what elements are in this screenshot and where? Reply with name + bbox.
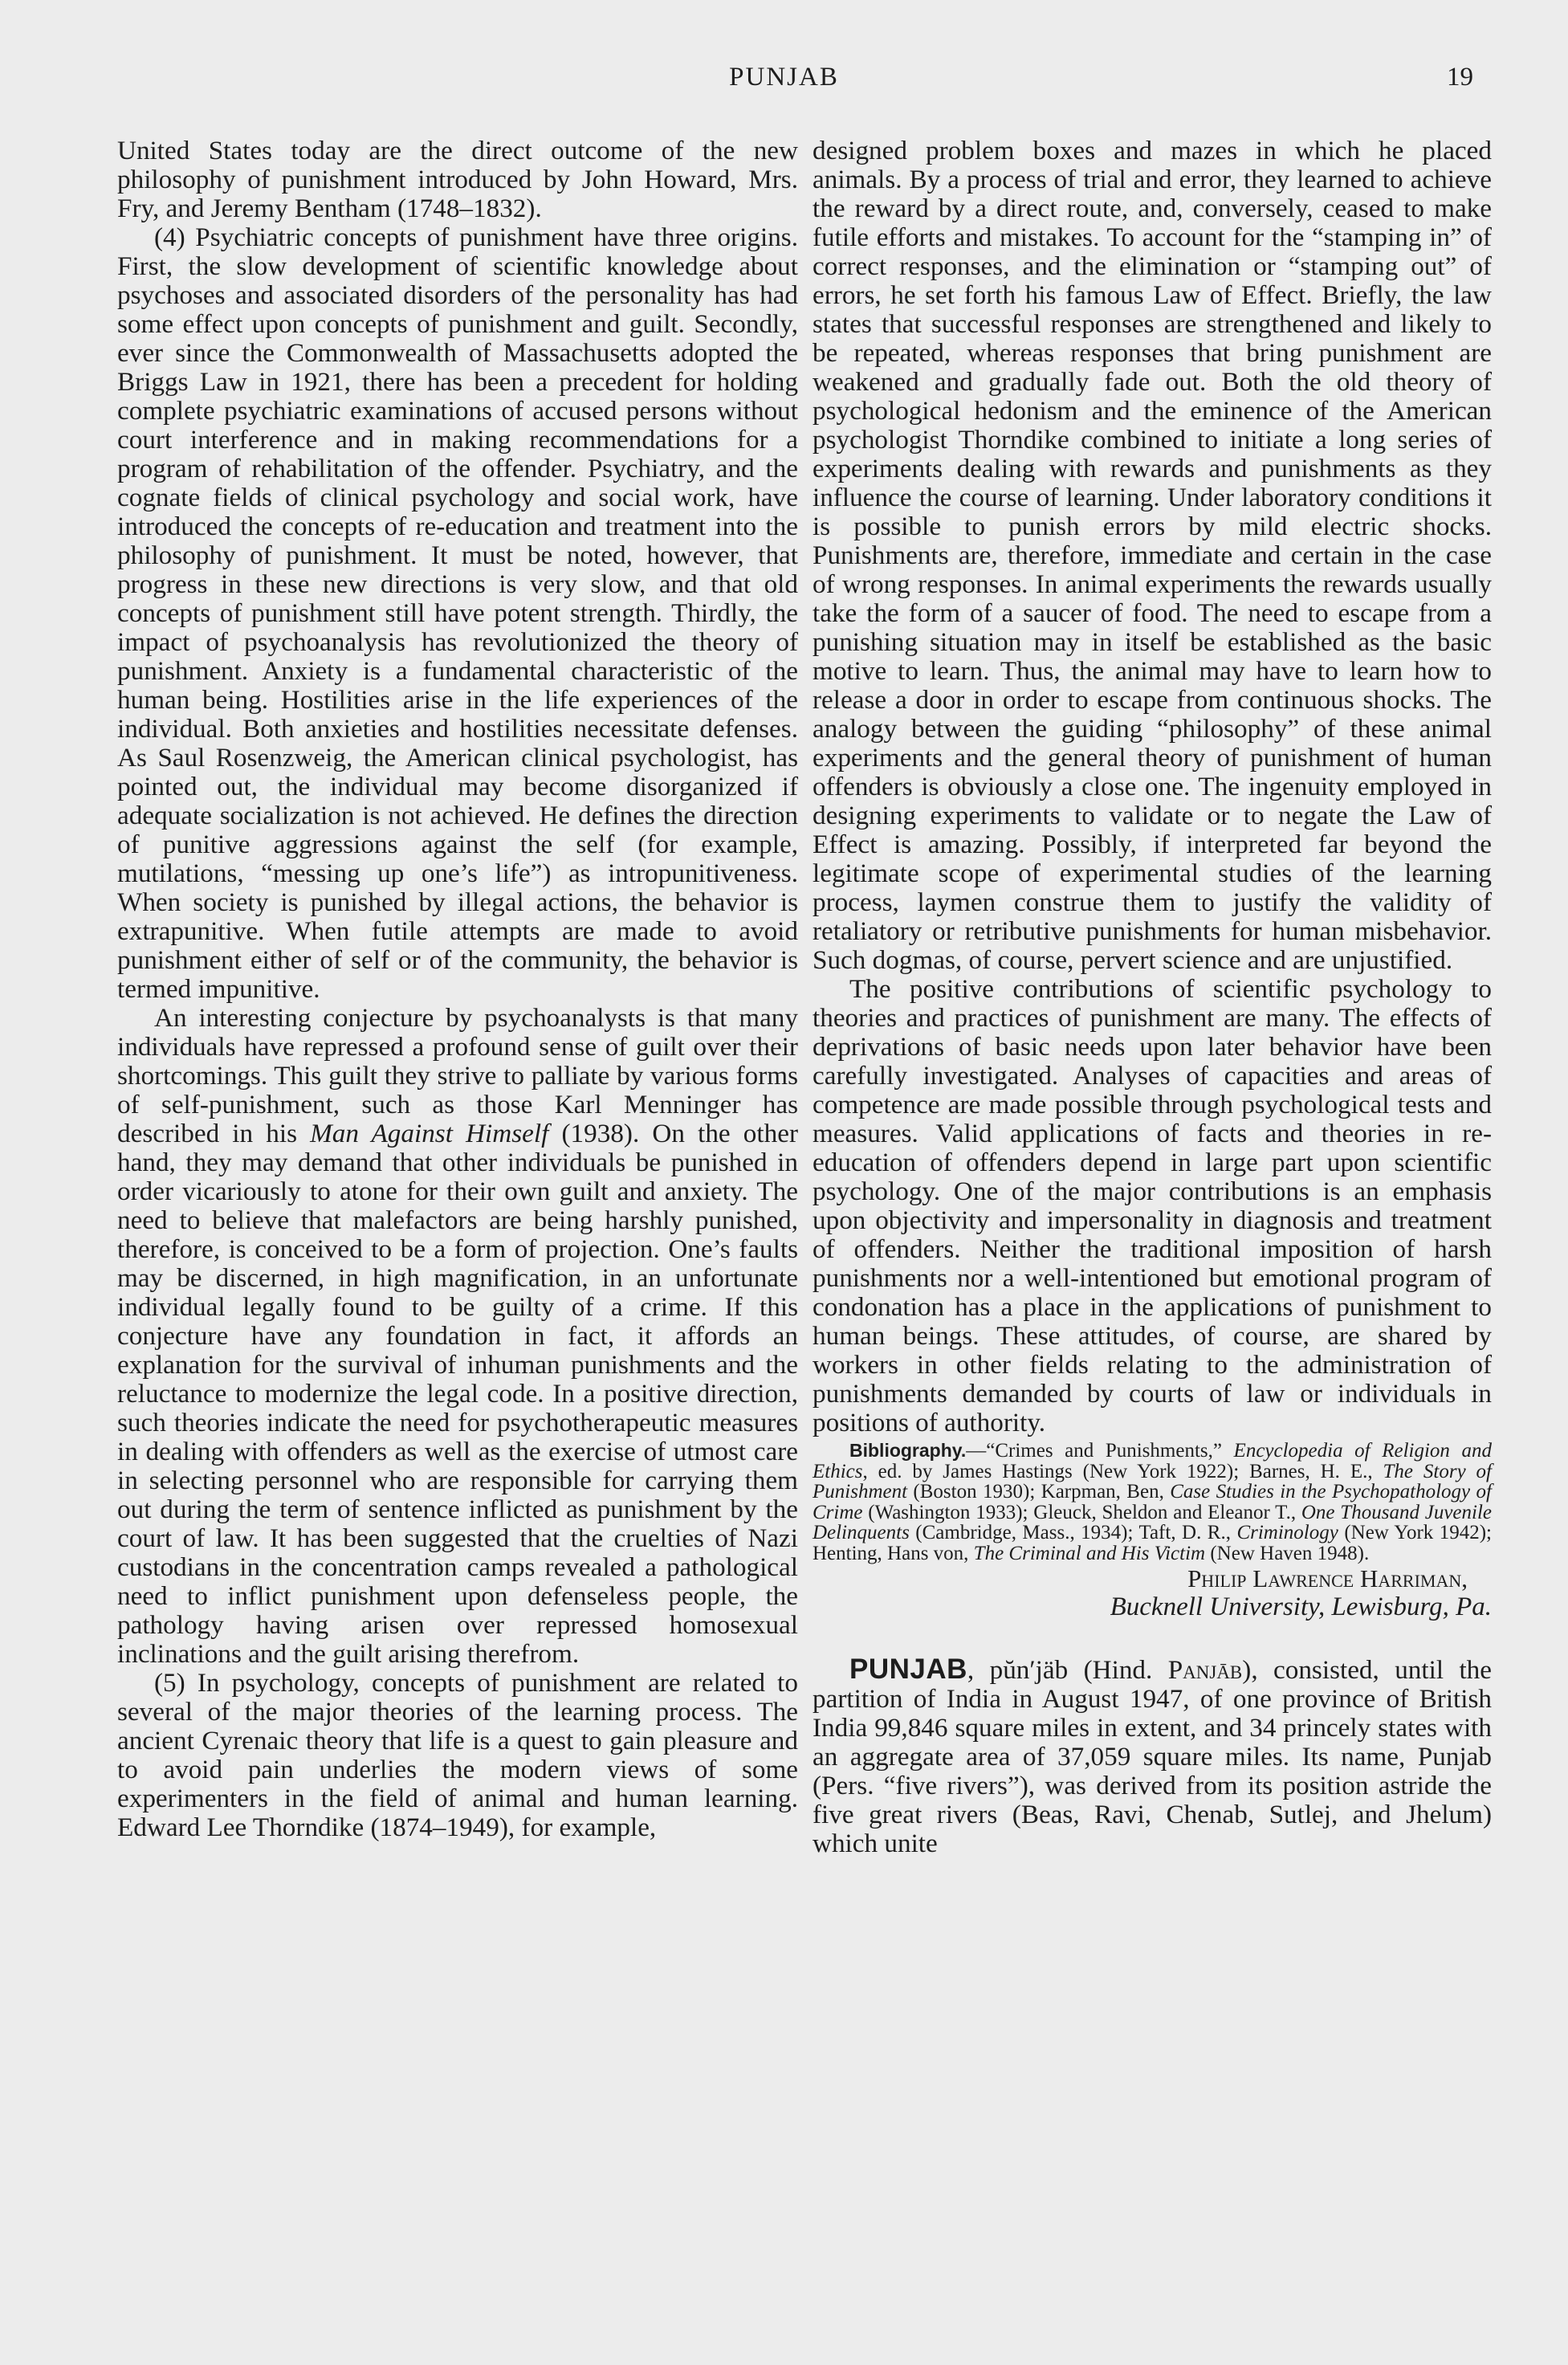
author-affiliation: Bucknell University, Lewisburg, Pa.	[813, 1592, 1492, 1621]
author-signature: Philip Lawrence Harriman,	[813, 1565, 1492, 1592]
paragraph-thorndike: designed problem boxes and mazes in whic…	[813, 137, 1492, 975]
running-head: PUNJAB	[0, 63, 1568, 92]
book-title: Man Against Himself	[310, 1119, 548, 1148]
paragraph-positive-contributions: The positive contributions of scientific…	[813, 975, 1492, 1437]
bib-segment: (Washington 1933); Gleuck, Sheldon and E…	[863, 1502, 1301, 1523]
bib-title: The Criminal and His Victim	[974, 1543, 1205, 1564]
paragraph-psychiatric-concepts: (4) Psychiatric concepts of punishment h…	[117, 223, 798, 1004]
paragraph-psychology-concepts: (5) In psychology, concepts of punishmen…	[117, 1669, 798, 1842]
punjab-entry: PUNJAB, pŭn′jäb (Hind. Panjāb), consiste…	[813, 1655, 1492, 1858]
page-number: 19	[1447, 63, 1473, 92]
page-header: PUNJAB 19	[0, 63, 1568, 103]
bibliography: Bibliography.—“Crimes and Punishments,” …	[813, 1441, 1492, 1564]
bib-segment: , ed. by James Hastings (New York 1922);…	[863, 1461, 1383, 1482]
document-page: PUNJAB 19 United States today are the di…	[0, 0, 1568, 2365]
bibliography-dash: —	[966, 1440, 986, 1462]
bib-segment: “Crimes and Punishments,”	[986, 1440, 1233, 1462]
paragraph-psychoanalytic-conjecture: An interesting conjecture by psychoanaly…	[117, 1004, 798, 1669]
entry-pronunciation: , pŭn′jäb (Hind.	[967, 1655, 1168, 1685]
bib-title: Criminology	[1236, 1522, 1338, 1543]
entry-body: ), consisted, until the partition of Ind…	[813, 1655, 1492, 1858]
right-column: designed problem boxes and mazes in whic…	[813, 137, 1492, 1858]
entry-hindi-name: Panjāb	[1168, 1655, 1243, 1685]
paragraph: United States today are the direct outco…	[117, 137, 798, 223]
bib-segment: (Cambridge, Mass., 1934); Taft, D. R.,	[910, 1522, 1237, 1543]
text-run: (1938). On the other hand, they may dema…	[117, 1119, 798, 1669]
left-column: United States today are the direct outco…	[117, 137, 798, 1842]
bib-segment: (New Haven 1948).	[1205, 1543, 1369, 1564]
entry-headword: PUNJAB	[849, 1653, 967, 1685]
bibliography-label: Bibliography.	[849, 1440, 966, 1461]
bib-segment: (Boston 1930); Karpman, Ben,	[907, 1481, 1170, 1503]
